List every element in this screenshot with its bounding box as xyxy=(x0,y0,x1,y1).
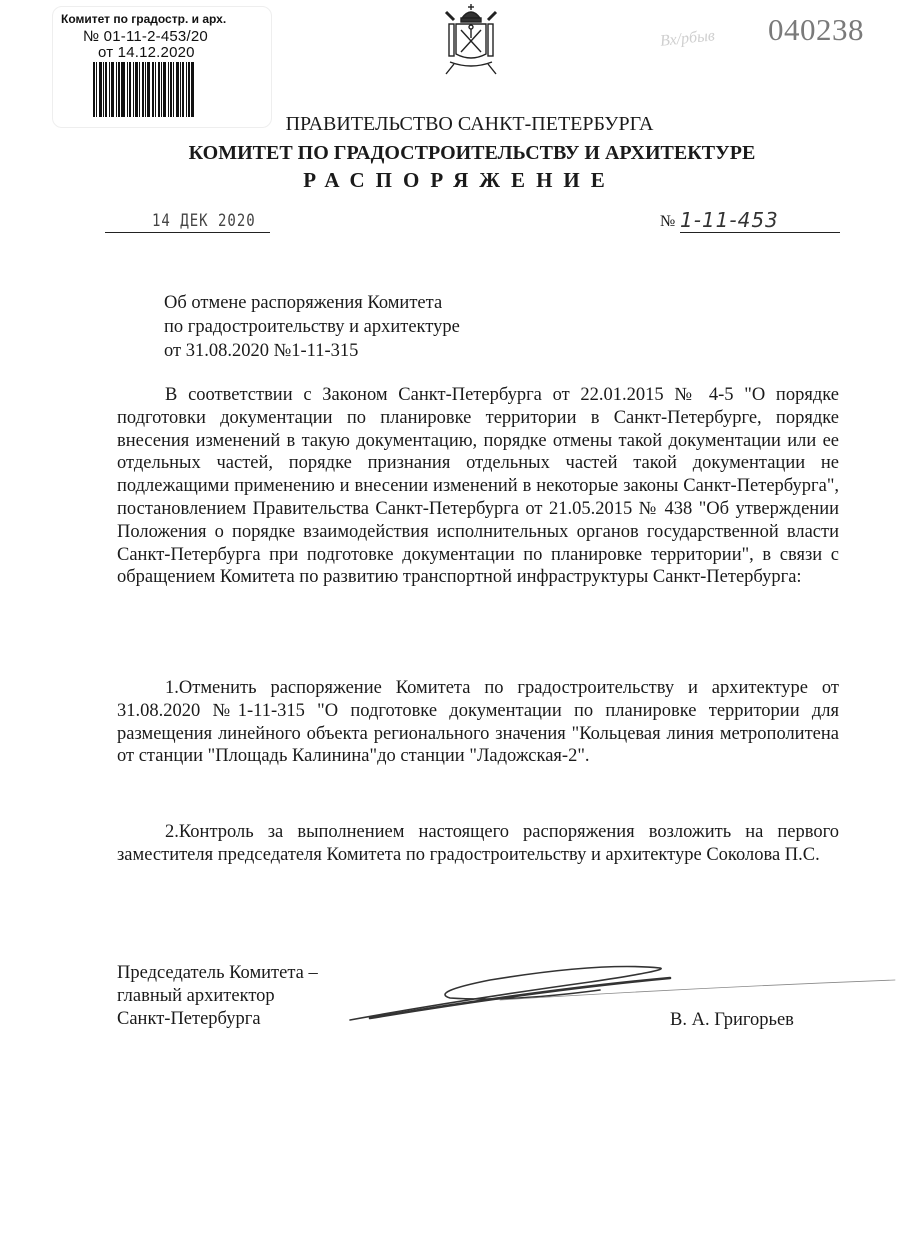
document-number-handwritten: 1-11-453 xyxy=(680,208,779,232)
item-1-text: 1.Отменить распоряжение Комитета по град… xyxy=(117,677,839,768)
subject-line: от 31.08.2020 №1-11-315 xyxy=(164,339,460,363)
preamble-paragraph: В соответствии с Законом Санкт-Петербург… xyxy=(117,384,839,589)
subject-line: по градостроительству и архитектуре xyxy=(164,315,460,339)
coat-of-arms-icon xyxy=(440,2,502,76)
item-2-paragraph: 2.Контроль за выполнением настоящего рас… xyxy=(117,821,839,867)
government-title: ПРАВИТЕЛЬСТВО САНКТ-ПЕТЕРБУРГА xyxy=(0,113,899,136)
stamp-date: от 14.12.2020 xyxy=(98,44,195,61)
stamp-number: № 01-11-2-453/20 xyxy=(83,28,208,45)
faint-handwritten-mark: Вх/рбыв xyxy=(659,27,716,51)
item-1-paragraph: 1.Отменить распоряжение Комитета по град… xyxy=(117,677,839,768)
signatory-title-line: Санкт-Петербурга xyxy=(117,1008,318,1031)
signatory-name: В. А. Григорьев xyxy=(670,1010,794,1031)
date-stamp: 14 ДЕК 2020 xyxy=(152,211,256,230)
registration-number: 040238 xyxy=(768,12,864,48)
handwritten-signature-icon xyxy=(340,960,899,1040)
number-underline xyxy=(680,232,840,233)
stamp-organization: Комитет по градостр. и арх. xyxy=(61,12,226,26)
signatory-title-line: главный архитектор xyxy=(117,985,318,1008)
preamble-text: В соответствии с Законом Санкт-Петербург… xyxy=(117,384,839,589)
item-2-text: 2.Контроль за выполнением настоящего рас… xyxy=(117,821,839,867)
signatory-title: Председатель Комитета – главный архитект… xyxy=(117,962,318,1031)
registration-stamp: Комитет по градостр. и арх. № 01-11-2-45… xyxy=(52,6,272,128)
barcode-icon xyxy=(93,62,209,117)
committee-title: КОМИТЕТ ПО ГРАДОСТРОИТЕЛЬСТВУ И АРХИТЕКТ… xyxy=(0,142,899,165)
subject-line: Об отмене распоряжения Комитета xyxy=(164,291,460,315)
signatory-title-line: Председатель Комитета – xyxy=(117,962,318,985)
document-subject: Об отмене распоряжения Комитета по градо… xyxy=(164,291,460,363)
date-underline xyxy=(105,232,270,233)
document-type-title: РАСПОРЯЖЕНИЕ xyxy=(0,168,899,193)
number-label: № xyxy=(660,213,675,231)
